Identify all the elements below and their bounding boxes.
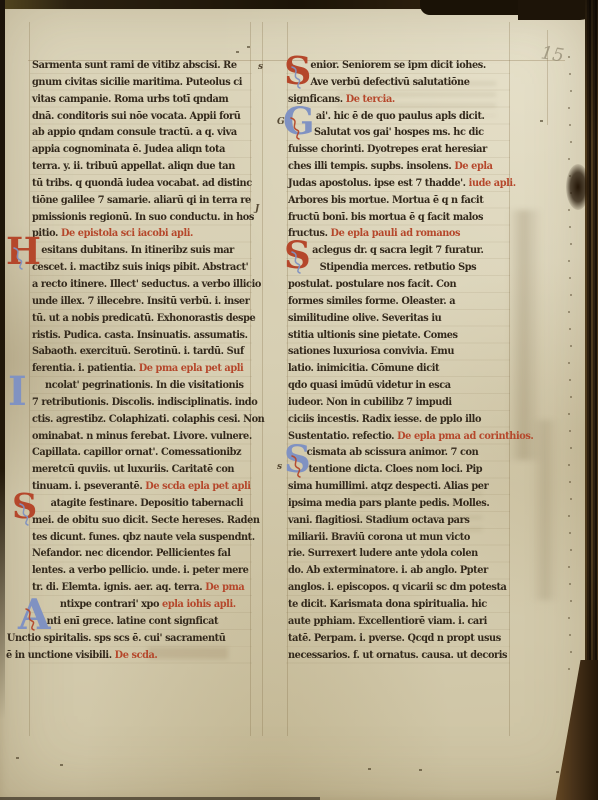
pricking-mark [568,260,570,262]
text-line: iudeor. Non in cubilibz 7 impudi [288,394,498,411]
manuscript-photo: 15 Sarmenta sunt rami de vitibz abscisi.… [0,0,598,800]
text-line: sationes luxuriosa convivia. Emu [288,343,498,360]
gloss-text: Capillata. capillor ornat'. Comessationi… [32,446,241,458]
text-line: Ave verbū defectivū salutatiōne [288,74,498,91]
gloss-text: tatē. Perpam. i. pverse. Qcqd n propt us… [288,632,501,644]
gloss-text: ipsima media pars plante pedis. Molles. [288,497,489,509]
parchment-speck [236,51,239,53]
rubric-text: De epistola sci iacobi apli. [61,227,193,239]
text-line: enior. Seniorem se ipm dicit iohes. [288,57,498,74]
text-line: stitia ultionis sine pietate. Comes [288,327,498,344]
gloss-text: fuisse chorinti. Dyotrepes erat heresiar [288,143,487,155]
text-line: mei. de obitu suo dicit. Secte hereses. … [32,512,242,529]
rubricator-guide-letter: J [255,204,259,214]
parchment-speck [556,771,559,773]
text-line: dnā. conditoris sui nōe vocata. Appii fo… [32,108,242,125]
text-line: latio. inimicitia. Cōmune dicit [288,360,498,377]
text-line: similitudine olive. Severitas iu [288,310,498,327]
gloss-text: cescet. i. mactibz suis iniqs pibit. Abs… [32,261,248,273]
pricking-mark [569,583,571,585]
pricking-mark [568,107,570,109]
rubric-text: De scda. [115,649,158,661]
pricking-mark [569,73,571,75]
initial-s-scismata: S [284,444,311,476]
text-line: Sustentatio. refectio. De epla pma ad co… [288,428,498,445]
gloss-text: Ave verbū defectivū salutatiōne [310,76,469,88]
text-line: ipsima media pars plante pedis. Molles. [288,495,498,512]
text-line: cescet. i. mactibz suis iniqs pibit. Abs… [32,259,242,276]
text-line: qdo quasi imūdū videtur in esca [288,377,498,394]
rubric-text: De pma [205,581,244,593]
text-line: ominabat. n minus ferebat. Livore. vulne… [32,428,242,445]
initial-g-gaius: G [283,106,315,138]
text-line: anglos. i. episcopos. q vicarii sc dm po… [288,579,498,596]
gloss-text: ciciis incestis. Radix iesse. de pplo il… [288,413,481,425]
gloss-text: terra. y. ii. tribuū appellat. aliqn due… [32,160,235,172]
parchment-speck [419,769,422,771]
pricking-mark [570,141,572,143]
pricking-mark [570,243,572,245]
pricking-mark [570,294,572,296]
rubric-text: De epla pauli ad romanos [331,227,461,239]
text-line: aute pphiam. Excellentiorē viam. i. cari [288,613,498,630]
text-line: Sabaoth. exercituū. Serotinū. i. tardū. … [32,343,242,360]
pricking-mark [568,413,570,415]
parchment-speck [247,46,250,48]
text-line: pmissionis regionū. In suo conductu. in … [32,209,242,226]
text-line: miliarii. Braviū corona ut mun victo [288,529,498,546]
gloss-text: tentione dicta. Cloes nom loci. Pip [308,463,482,475]
pricking-mark [570,600,572,602]
pricking-mark [569,481,571,483]
gloss-text: tes dicunt. funes. qbz naute vela suspen… [32,531,255,543]
rubric-text: epla iohis apli. [162,598,236,610]
text-line: tatē. Perpam. i. pverse. Qcqd n propt us… [288,630,498,647]
gloss-text: ncolat' pegrinationis. In die visitation… [45,379,244,391]
gloss-text: tinuam. i. pseverantē. [32,480,145,492]
text-line: atagite festinare. Depositio tabernacli [32,495,242,512]
pen-flourish [289,249,305,275]
pricking-mark [570,651,572,653]
text-line: terra. y. ii. tribuū appellat. aliqn due… [32,158,242,175]
gloss-text: postulat. postulare nos facit. Con [288,278,456,290]
text-line: tū tribs. q quondā iudea vocabat. ad dis… [32,175,242,192]
text-line: postulat. postulare nos facit. Con [288,276,498,293]
gloss-text: mei. de obitu suo dicit. Secte hereses. … [32,514,260,526]
gloss-text: tū. ut a nobis predicatū. Exhonorastis d… [32,312,255,324]
text-line: ncolat' pegrinationis. In die visitation… [32,377,242,394]
parchment-speck [16,757,19,759]
text-column-right: enior. Seniorem se ipm dicit iohes.Ave v… [288,57,514,663]
gloss-text: rie. Surrexert ludere ante ydola colen [288,547,478,559]
pricking-mark [570,345,572,347]
text-line: pitio. De epistola sci iacobi apli. [32,225,242,242]
rubricator-guide-letter: s [258,62,263,72]
pen-flourish [289,64,305,90]
text-line: vitas campanie. Roma urbs totī qndam [32,91,242,108]
gloss-text: sationes luxuriosa convivia. Emu [288,345,454,357]
gloss-text: sima humillimi. atqz despecti. Alias per [288,480,488,492]
gloss-text: latio. inimicitia. Cōmune dicit [288,362,439,374]
binding-edge-top [420,0,530,15]
initial-i-incolatus: I [8,375,27,409]
gloss-text: tr. di. Elemta. ignis. aer. aq. terra. [32,581,205,593]
text-line: fructus. De epla pauli ad romanos [288,225,498,242]
text-line: ferentia. i. patientia. De pma epla pet … [32,360,242,377]
text-line: esitans dubitans. In itineribz suis mar [32,242,242,259]
text-line: vani. flagitiosi. Stadium octava pars [288,512,498,529]
pricking-mark [570,90,572,92]
pricking-mark [569,379,571,381]
rubric-text: iude apli. [469,177,516,189]
text-line: Arbores bis mortue. Mortua ē q n facit [288,192,498,209]
gloss-text: appia cognominata ē. Judea aliqn tota [32,143,225,155]
parchment-page: 15 Sarmenta sunt rami de vitibz abscisi.… [0,0,598,800]
text-line: do. Ab exterminatore. i. ab anglo. Ppter [288,562,498,579]
pen-flourish [11,245,27,271]
parchment-speck [540,120,543,122]
gloss-text: cismata ab scissura animor. 7 con [307,446,479,458]
rubricator-guide-letter: s [277,462,282,472]
folio-number: 15 [539,42,565,66]
gloss-text: meretcū quviis. ut luxuriis. Caritatē co… [32,463,234,475]
gloss-text: ab appio qndam consule tractū. a q. viva [32,126,237,138]
gloss-text: Judas apostolus. ipse est 7 thadde'. [288,177,469,189]
gloss-text: esitans dubitans. In itineribz suis mar [41,244,234,256]
gloss-text: vani. flagitiosi. Stadium octava pars [288,514,469,526]
text-line: Unctio spiritalis. sps scs ē. cui' sacra… [32,630,242,647]
text-line: fructū bonī. bis mortua ē q facit malos [288,209,498,226]
pricking-mark [568,566,570,568]
text-line: ē in unctione visibili. De scda. [32,647,242,664]
text-line: Sarmenta sunt rami de vitibz abscisi. Re [32,57,242,74]
gloss-text: unde illex. 7 illecebre. Insitū verbū. i… [32,295,249,307]
text-column-left: Sarmenta sunt rami de vitibz abscisi. Re… [32,57,258,663]
pen-flourish [23,606,39,632]
pricking-mark [569,430,571,432]
text-line: tiōne galilee 7 samarie. aliarū qi in te… [32,192,242,209]
initial-s-satagite: S [12,492,37,522]
pricking-mark [568,668,570,670]
pricking-mark [568,515,570,517]
rubric-text: De epla pma ad corinthios. [397,430,533,442]
text-line: te dicit. Karismata dona spiritualia. hi… [288,596,498,613]
gutter-shadow-left [0,0,5,720]
gloss-text: te dicit. Karismata dona spiritualia. hi… [288,598,487,610]
parchment-speck [60,764,63,766]
text-line: ches illi tempis. supbs. insolens. De ep… [288,158,498,175]
gloss-text: ē in unctione visibili. [6,649,115,661]
initial-s-senior: S [284,55,311,88]
gloss-text: ches illi tempis. supbs. insolens. [288,160,454,172]
pricking-mark [569,532,571,534]
gloss-text: aute pphiam. Excellentiorē viam. i. cari [288,615,487,627]
gloss-text: vitas campanie. Roma urbs totī qndam [32,93,228,105]
text-line: tes dicunt. funes. qbz naute vela suspen… [32,529,242,546]
gloss-text: aclegus dr. q sacra legit 7 furatur. [312,244,483,256]
gloss-text: tū tribs. q quondā iudea vocabat. ad dis… [32,177,252,189]
pricking-mark [569,277,571,279]
gloss-text: Salutat vos gai' hospes ms. hc dic [314,126,484,138]
text-line: tinuam. i. pseverantē. De scda epla pet … [32,478,242,495]
pricking-mark [569,226,571,228]
gloss-text: a recto itinere. Illect' seductus. a ver… [32,278,261,290]
gloss-text: Stipendia merces. retbutio Sps [320,261,477,273]
text-line: Capillata. capillor ornat'. Comessationi… [32,444,242,461]
pricking-mark [568,362,570,364]
gloss-text: Sarmenta sunt rami de vitibz abscisi. Re [32,59,237,71]
text-line: aclegus dr. q sacra legit 7 furatur. [288,242,498,259]
gloss-text: formes similes forme. Oleaster. a [288,295,455,307]
parchment-crease [532,420,558,600]
text-line: tr. di. Elemta. ignis. aer. aq. terra. D… [32,579,242,596]
text-line: Anti enī grece. latine cont signficat [32,613,242,630]
gloss-text: fructū bonī. bis mortua ē q facit malos [288,211,483,223]
fore-edge-stain [566,164,590,210]
text-line: necessarios. f. ut ornatus. causa. ut de… [288,647,498,664]
pen-flourish [17,501,33,527]
text-line: Judas apostolus. ipse est 7 thadde'. iud… [288,175,498,192]
rubric-text: De scda epla pet apli [145,480,250,492]
text-line: meretcū quviis. ut luxuriis. Caritatē co… [32,461,242,478]
pricking-mark [570,447,572,449]
text-line: Stipendia merces. retbutio Sps [288,259,498,276]
pricking-mark [569,328,571,330]
pricking-mark [568,311,570,313]
gloss-text: ai'. hic ē de quo paulus apls dicit. [316,110,485,122]
gloss-text: similitudine olive. Severitas iu [288,312,441,324]
gloss-text: stitia ultionis sine pietate. Comes [288,329,458,341]
pricking-mark [568,464,570,466]
gloss-text: tiōne galilee 7 samarie. aliarū qi in te… [32,194,251,206]
rubric-text: De pma epla pet apli [139,362,244,374]
gloss-text: gnum civitas sicilie maritima. Puteolus … [32,76,242,88]
initial-s-sacrilegus: S [284,240,311,272]
text-line: sima humillimi. atqz despecti. Alias per [288,478,498,495]
text-line: signficans. De tercia. [288,91,498,108]
text-line: gnum civitas sicilie maritima. Puteolus … [32,74,242,91]
pricking-mark [569,124,571,126]
pricking-mark [570,498,572,500]
text-line: ab appio qndam consule tractū. a q. viva [32,124,242,141]
text-line: ristis. Pudica. casta. Insinuatis. assum… [32,327,242,344]
gloss-text: necessarios. f. ut ornatus. causa. ut de… [288,649,507,661]
pricking-mark [568,617,570,619]
rubric-text: De tercia. [346,93,395,105]
text-line: ctis. agrestibz. Colaphizati. colaphis c… [32,411,242,428]
rubric-text: De epla [454,160,492,172]
gloss-text: Anti enī grece. latine cont signficat [39,615,218,627]
gloss-text: ntixpe contrari' xpo [60,598,162,610]
pricking-mark [569,634,571,636]
gloss-text: lentes. a verbo pellicio. unde. i. peter… [32,564,248,576]
text-line: cismata ab scissura animor. 7 con [288,444,498,461]
initial-a-antichriste: A [18,597,51,633]
text-line: ai'. hic ē de quo paulus apls dicit. [288,108,498,125]
text-line: unde illex. 7 illecebre. Insitū verbū. i… [32,293,242,310]
text-line: a recto itinere. Illect' seductus. a ver… [32,276,242,293]
gloss-text: atagite festinare. Depositio tabernacli [51,497,243,509]
text-line: Nefandor. nec dicendor. Pellicientes fal [32,545,242,562]
text-line: appia cognominata ē. Judea aliqn tota [32,141,242,158]
text-line: tentione dicta. Cloes nom loci. Pip [288,461,498,478]
gloss-text: ominabat. n minus ferebat. Livore. vulne… [32,430,252,442]
gloss-text: enior. Seniorem se ipm dicit iohes. [310,59,486,71]
text-line: formes similes forme. Oleaster. a [288,293,498,310]
text-line: Salutat vos gai' hospes ms. hc dic [288,124,498,141]
text-line: 7 retributionis. Discolis. indisciplinat… [32,394,242,411]
pen-flourish [289,453,305,479]
gloss-text: iudeor. Non in cubilibz 7 impudi [288,396,452,408]
gloss-text: 7 retributionis. Discolis. indisciplinat… [32,396,257,408]
pricking-mark [568,209,570,211]
gloss-text: Arbores bis mortue. Mortua ē q n facit [288,194,483,206]
gloss-text: Sabaoth. exercituū. Serotinū. i. tardū. … [32,345,244,357]
text-line: lentes. a verbo pellicio. unde. i. peter… [32,562,242,579]
text-line: rie. Surrexert ludere ante ydola colen [288,545,498,562]
gloss-text: ferentia. i. patientia. [32,362,139,374]
parchment-speck [368,768,371,770]
text-line: fuisse chorinti. Dyotrepes erat heresiar [288,141,498,158]
gloss-text: dnā. conditoris sui nōe vocata. Appii fo… [32,110,240,122]
gloss-text: do. Ab exterminatore. i. ab anglo. Ppter [288,564,488,576]
gloss-text: Nefandor. nec dicendor. Pellicientes fal [32,547,231,559]
gloss-text: qdo quasi imūdū videtur in esca [288,379,451,391]
pricking-mark [570,396,572,398]
pricking-mark [568,56,570,58]
gloss-text: ctis. agrestibz. Colaphizati. colaphis c… [32,413,264,425]
pen-flourish [288,115,304,141]
initial-h-hesitans: H [6,236,41,268]
pricking-mark [570,549,572,551]
text-line: ciciis incestis. Radix iesse. de pplo il… [288,411,498,428]
gloss-text: ristis. Pudica. casta. Insinuatis. assum… [32,329,248,341]
text-line: tū. ut a nobis predicatū. Exhonorastis d… [32,310,242,327]
text-line: ntixpe contrari' xpo epla iohis apli. [32,596,242,613]
gloss-text: miliarii. Braviū corona ut mun victo [288,531,470,543]
gloss-text: pmissionis regionū. In suo conductu. in … [32,211,254,223]
ruling-line-vertical [262,22,263,736]
gloss-text: anglos. i. episcopos. q vicarii sc dm po… [288,581,506,593]
pricking-mark [568,158,570,160]
